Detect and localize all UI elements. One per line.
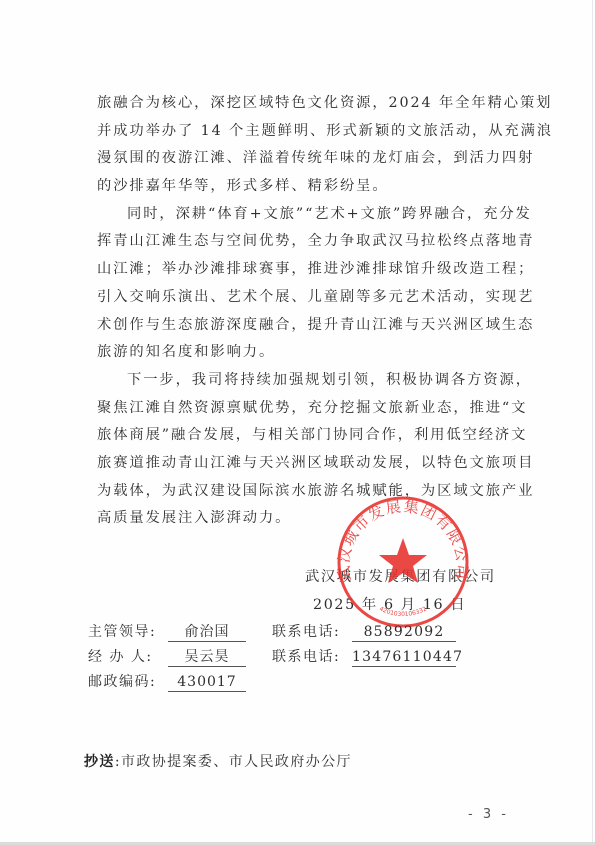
supervisor-value: 俞治国 bbox=[168, 623, 246, 642]
cc-label: 抄送 bbox=[84, 754, 115, 770]
body-line: 高质量发展注入澎湃动力。 bbox=[97, 505, 517, 533]
body-line: 旅体商展”融合发展，与相关部门协同合作，利用低空经济文 bbox=[97, 422, 517, 450]
contact-row-postcode: 邮政编码: 430017 bbox=[88, 670, 456, 695]
body-line: 术创作与生态旅游深度融合，提升青山江滩与天兴洲区域生态 bbox=[97, 312, 517, 340]
postcode-value: 430017 bbox=[168, 673, 246, 692]
handler-value: 吴云昊 bbox=[168, 648, 246, 667]
supervisor-label: 主管领导: bbox=[88, 620, 168, 645]
body-line: 挥青山江滩生态与空间优势，全力争取武汉马拉松终点落地青 bbox=[97, 228, 517, 256]
postcode-label: 邮政编码: bbox=[88, 670, 168, 695]
body-text: 旅融合为核心，深挖区域特色文化资源，2024 年全年精心策划 并成功举办了 14… bbox=[97, 90, 517, 533]
body-line: 引入交响乐演出、艺术个展、儿童剧等多元艺术活动，实现艺 bbox=[97, 284, 517, 312]
page-edge bbox=[592, 0, 593, 845]
document-page: 旅融合为核心，深挖区域特色文化资源，2024 年全年精心策划 并成功举办了 14… bbox=[0, 0, 595, 845]
cc-recipients: 市政协提案委、市人民政府办公厅 bbox=[121, 754, 352, 770]
cc-line: 抄送:市政协提案委、市人民政府办公厅 bbox=[84, 751, 352, 771]
body-line: 漫氛围的夜游江滩、洋溢着传统年味的龙灯庙会，到活力四射 bbox=[97, 145, 517, 173]
page-number: - 3 - bbox=[468, 807, 509, 822]
body-line: 旅赛道推动青山江滩与天兴洲区域联动发展，以特色文旅项目 bbox=[97, 450, 517, 478]
handler-label: 经 办 人: bbox=[88, 645, 168, 670]
body-line: 旅融合为核心，深挖区域特色文化资源，2024 年全年精心策划 bbox=[97, 90, 517, 118]
body-line: 为载体，为武汉建设国际滨水旅游名城赋能，为区域文旅产业 bbox=[97, 478, 517, 506]
contact-info: 主管领导: 俞治国 联系电话: 85892092 经 办 人: 吴云昊 联系电话… bbox=[88, 620, 456, 695]
supervisor-phone-label: 联系电话: bbox=[272, 620, 352, 645]
handler-phone-value: 13476110447 bbox=[352, 648, 456, 667]
contact-row-supervisor: 主管领导: 俞治国 联系电话: 85892092 bbox=[88, 620, 456, 645]
signature-date: 2025 年 6 月 16 日 bbox=[305, 591, 496, 619]
body-line: 的沙排嘉年华等，形式多样、精彩纷呈。 bbox=[97, 173, 517, 201]
supervisor-phone-value: 85892092 bbox=[352, 623, 456, 642]
handler-phone-label: 联系电话: bbox=[272, 645, 352, 670]
body-line: 山江滩；举办沙滩排球赛事，推进沙滩排球馆升级改造工程； bbox=[97, 256, 517, 284]
signature-block: 武汉城市发展集团有限公司 2025 年 6 月 16 日 bbox=[305, 563, 496, 619]
body-line: 下一步，我司将持续加强规划引领，积极协调各方资源， bbox=[97, 367, 517, 395]
body-line: 并成功举办了 14 个主题鲜明、形式新颖的文旅活动，从充满浪 bbox=[97, 118, 517, 146]
body-line: 同时，深耕“体育+文旅”“艺术+文旅”跨界融合，充分发 bbox=[97, 201, 517, 229]
body-line: 旅游的知名度和影响力。 bbox=[97, 339, 517, 367]
body-line: 聚焦江滩自然资源禀赋优势，充分挖掘文旅新业态，推进“文 bbox=[97, 395, 517, 423]
signature-company: 武汉城市发展集团有限公司 bbox=[305, 563, 496, 591]
contact-row-handler: 经 办 人: 吴云昊 联系电话: 13476110447 bbox=[88, 645, 456, 670]
